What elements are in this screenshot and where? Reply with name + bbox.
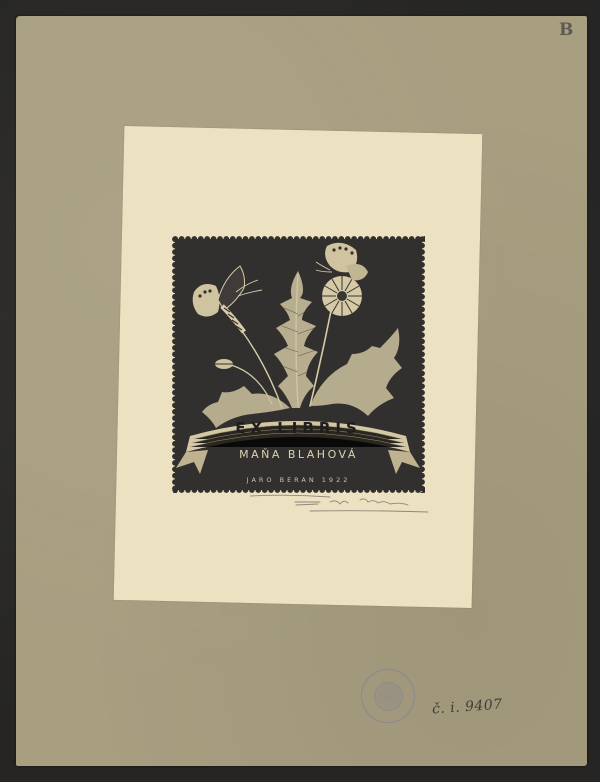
ex-libris-title: EX LIBRIS <box>172 419 425 437</box>
bud-icon <box>215 359 233 369</box>
corner-mark: B <box>559 20 573 40</box>
pencil-signature <box>250 493 430 515</box>
right-leaf-icon <box>310 328 402 416</box>
ex-libris-print: EX LIBRIS MAŇA BLAHOVÁ JARO BERAN 1922 <box>172 236 425 493</box>
dandelion-flower-icon <box>322 276 362 316</box>
collection-stamp <box>361 669 415 723</box>
butterfly-right-icon <box>316 243 368 281</box>
butterfly-left-icon <box>193 266 262 332</box>
owner-name: MAŇA BLAHOVÁ <box>172 448 425 461</box>
artist-credit: JARO BERAN 1922 <box>172 476 425 484</box>
central-leaf-icon <box>274 271 318 408</box>
